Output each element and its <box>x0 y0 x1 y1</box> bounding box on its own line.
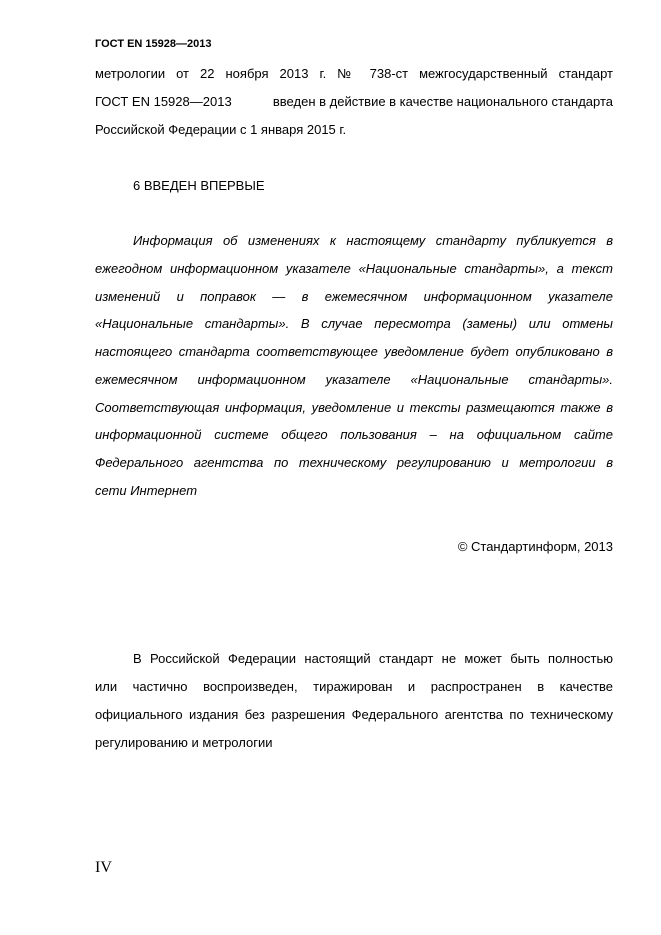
text-line: Российской Федерации с 1 января 2015 г. <box>95 122 613 138</box>
text-line: «Национальные стандарты». В случае перес… <box>95 316 613 332</box>
text-line: метрологии от 22 ноября 2013 г. № 738-ст… <box>95 66 613 82</box>
text-line: В Российской Федерации настоящий стандар… <box>133 651 613 667</box>
document-page: ГОСТ EN 15928—2013 метрологии от 22 нояб… <box>0 0 661 935</box>
adoption-text: введен в действие в качестве национально… <box>273 94 613 110</box>
copyright-notice: © Стандартинформ, 2013 <box>458 539 613 554</box>
text-line: сети Интернет <box>95 483 613 499</box>
text-line: информационной системе общего пользовани… <box>95 427 613 443</box>
text-line: официального издания без разрешения Феде… <box>95 707 613 723</box>
text-line: Информация об изменениях к настоящему ст… <box>133 233 613 249</box>
page-number: IV <box>95 859 112 877</box>
text-line: настоящего стандарта соответствующее уве… <box>95 344 613 360</box>
text-line: ГОСТ EN 15928—2013введен в действие в ка… <box>95 94 613 110</box>
text-line: ежегодном информационном указателе «Наци… <box>95 261 613 277</box>
text-line: Федерального агентства по техническому р… <box>95 455 613 471</box>
text-line: регулированию и метрологии <box>95 735 613 751</box>
document-header: ГОСТ EN 15928—2013 <box>95 38 212 50</box>
standard-code: ГОСТ EN 15928—2013 <box>95 94 232 109</box>
text-line: Соответствующая информация, уведомление … <box>95 400 613 416</box>
text-line: или частично воспроизведен, тиражирован … <box>95 679 613 695</box>
text-line: изменений и поправок — в ежемесячном инф… <box>95 289 613 305</box>
item-6-heading: 6 ВВЕДЕН ВПЕРВЫЕ <box>133 178 265 193</box>
text-line: ежемесячном информационном указателе «На… <box>95 372 613 388</box>
